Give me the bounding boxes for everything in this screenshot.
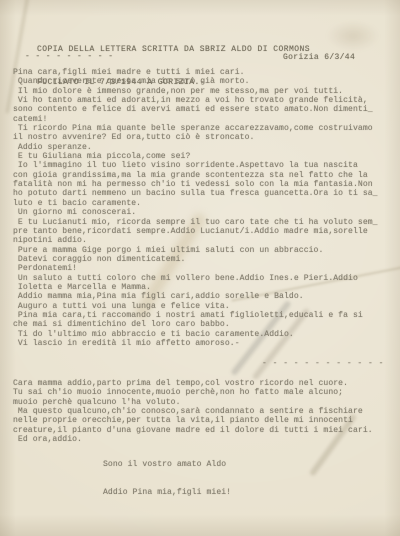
letter-line: Ma questo qualcuno,ch'io conosco,sarà co…: [13, 407, 373, 416]
letter-line: Un giorno mi conoscerai.: [13, 208, 378, 217]
letter-line: Ioletta e Marcella e Mamma.: [13, 283, 378, 292]
letter-line: Un saluto a tutti coloro che mi vollero …: [13, 274, 378, 283]
letter-line: il nostro avvenire? Ed ora,tutto ciò è s…: [13, 133, 378, 142]
letter-line: nelle proprie orecchie,per tutta la vita…: [13, 416, 373, 425]
letter-line: Cara mamma addio,parto prima del tempo,c…: [13, 379, 373, 388]
signature-line-2: Addio Pina mia,figli miei!: [103, 488, 231, 497]
letter-line: creature,il pianto d'una giovane madre e…: [13, 426, 373, 435]
letter-line: Pina mia cara,ti raccomando i nostri ama…: [13, 311, 378, 320]
letter-line: Vi ho tanto amati ed adorati,in mezzo a …: [13, 96, 378, 105]
letter-line: Pina cara,figli miei madre e tutti i mie…: [13, 68, 378, 77]
letter-body-2: Cara mamma addio,parto prima del tempo,c…: [13, 379, 373, 444]
dash-separator-top: - - - - - - - - -: [25, 52, 113, 61]
scanned-letter-page: COPIA DELLA LETTERA SCRITTA DA SBRIZ ALD…: [0, 0, 400, 536]
letter-line: Auguro a tutti voi una lunga e felice vi…: [13, 302, 378, 311]
letter-line: pre tanto bene,ricordati sempre.Addio Lu…: [13, 227, 378, 236]
letter-line: nipotini addio.: [13, 236, 378, 245]
letter-line: catemi!: [13, 115, 378, 124]
letter-line: Pure a mamma Gige porgo i miei ultimi sa…: [13, 246, 378, 255]
letter-line: Ti ricordo Pina mia quante belle speranz…: [13, 124, 378, 133]
signature-line-1: Sono il vostro amato Aldo: [103, 460, 231, 469]
letter-line: muoio perchè qualcuno l'ha voluto.: [13, 398, 373, 407]
letter-line: Tu sai ch'io muoio innocente,muoio perch…: [13, 388, 373, 397]
dateline: Gorizia 6/3/44: [283, 53, 355, 62]
letter-line: Addio mamma mia,Pina mia figli cari,addi…: [13, 292, 378, 301]
letter-line: Perdonatemi!: [13, 264, 378, 273]
letter-line: ho potuto darti nemmeno un bacino sulla …: [13, 189, 378, 198]
letter-line: con gioia grandissima,ma la mia grande s…: [13, 171, 378, 180]
letter-line: Datevi coraggio non dimenticatemi.: [13, 255, 378, 264]
signature-block: Sono il vostro amato Aldo Addio Pina mia…: [103, 441, 231, 516]
letter-line: sono contento e felice di avervi amati e…: [13, 105, 378, 114]
letter-line: E tu Lucianuti mio, ricorda sempre il tu…: [13, 218, 378, 227]
letter-line: Ti do l'ultimo mio abbraccio e ti bacio …: [13, 330, 378, 339]
letter-line: Vi lascio in eredità il mio affetto amor…: [13, 339, 378, 348]
letter-line: Addio speranze.: [13, 143, 378, 152]
dash-separator-mid: - - - - - - - - - - - -: [262, 359, 384, 368]
letter-line: Io l'immagino il tuo lieto visino sorrid…: [13, 161, 378, 170]
letter-line: Quando riceverete questa mia io sarò già…: [13, 77, 378, 86]
letter-body-1: Pina cara,figli miei madre e tutti i mie…: [13, 68, 378, 348]
letter-line: che mai si dimentichino del loro caro ba…: [13, 320, 378, 329]
letter-line: Il mio dolore è immenso grande,non per m…: [13, 87, 378, 96]
letter-line: luto e ti bacio caramente.: [13, 199, 378, 208]
paper-smudge: [318, 16, 388, 56]
